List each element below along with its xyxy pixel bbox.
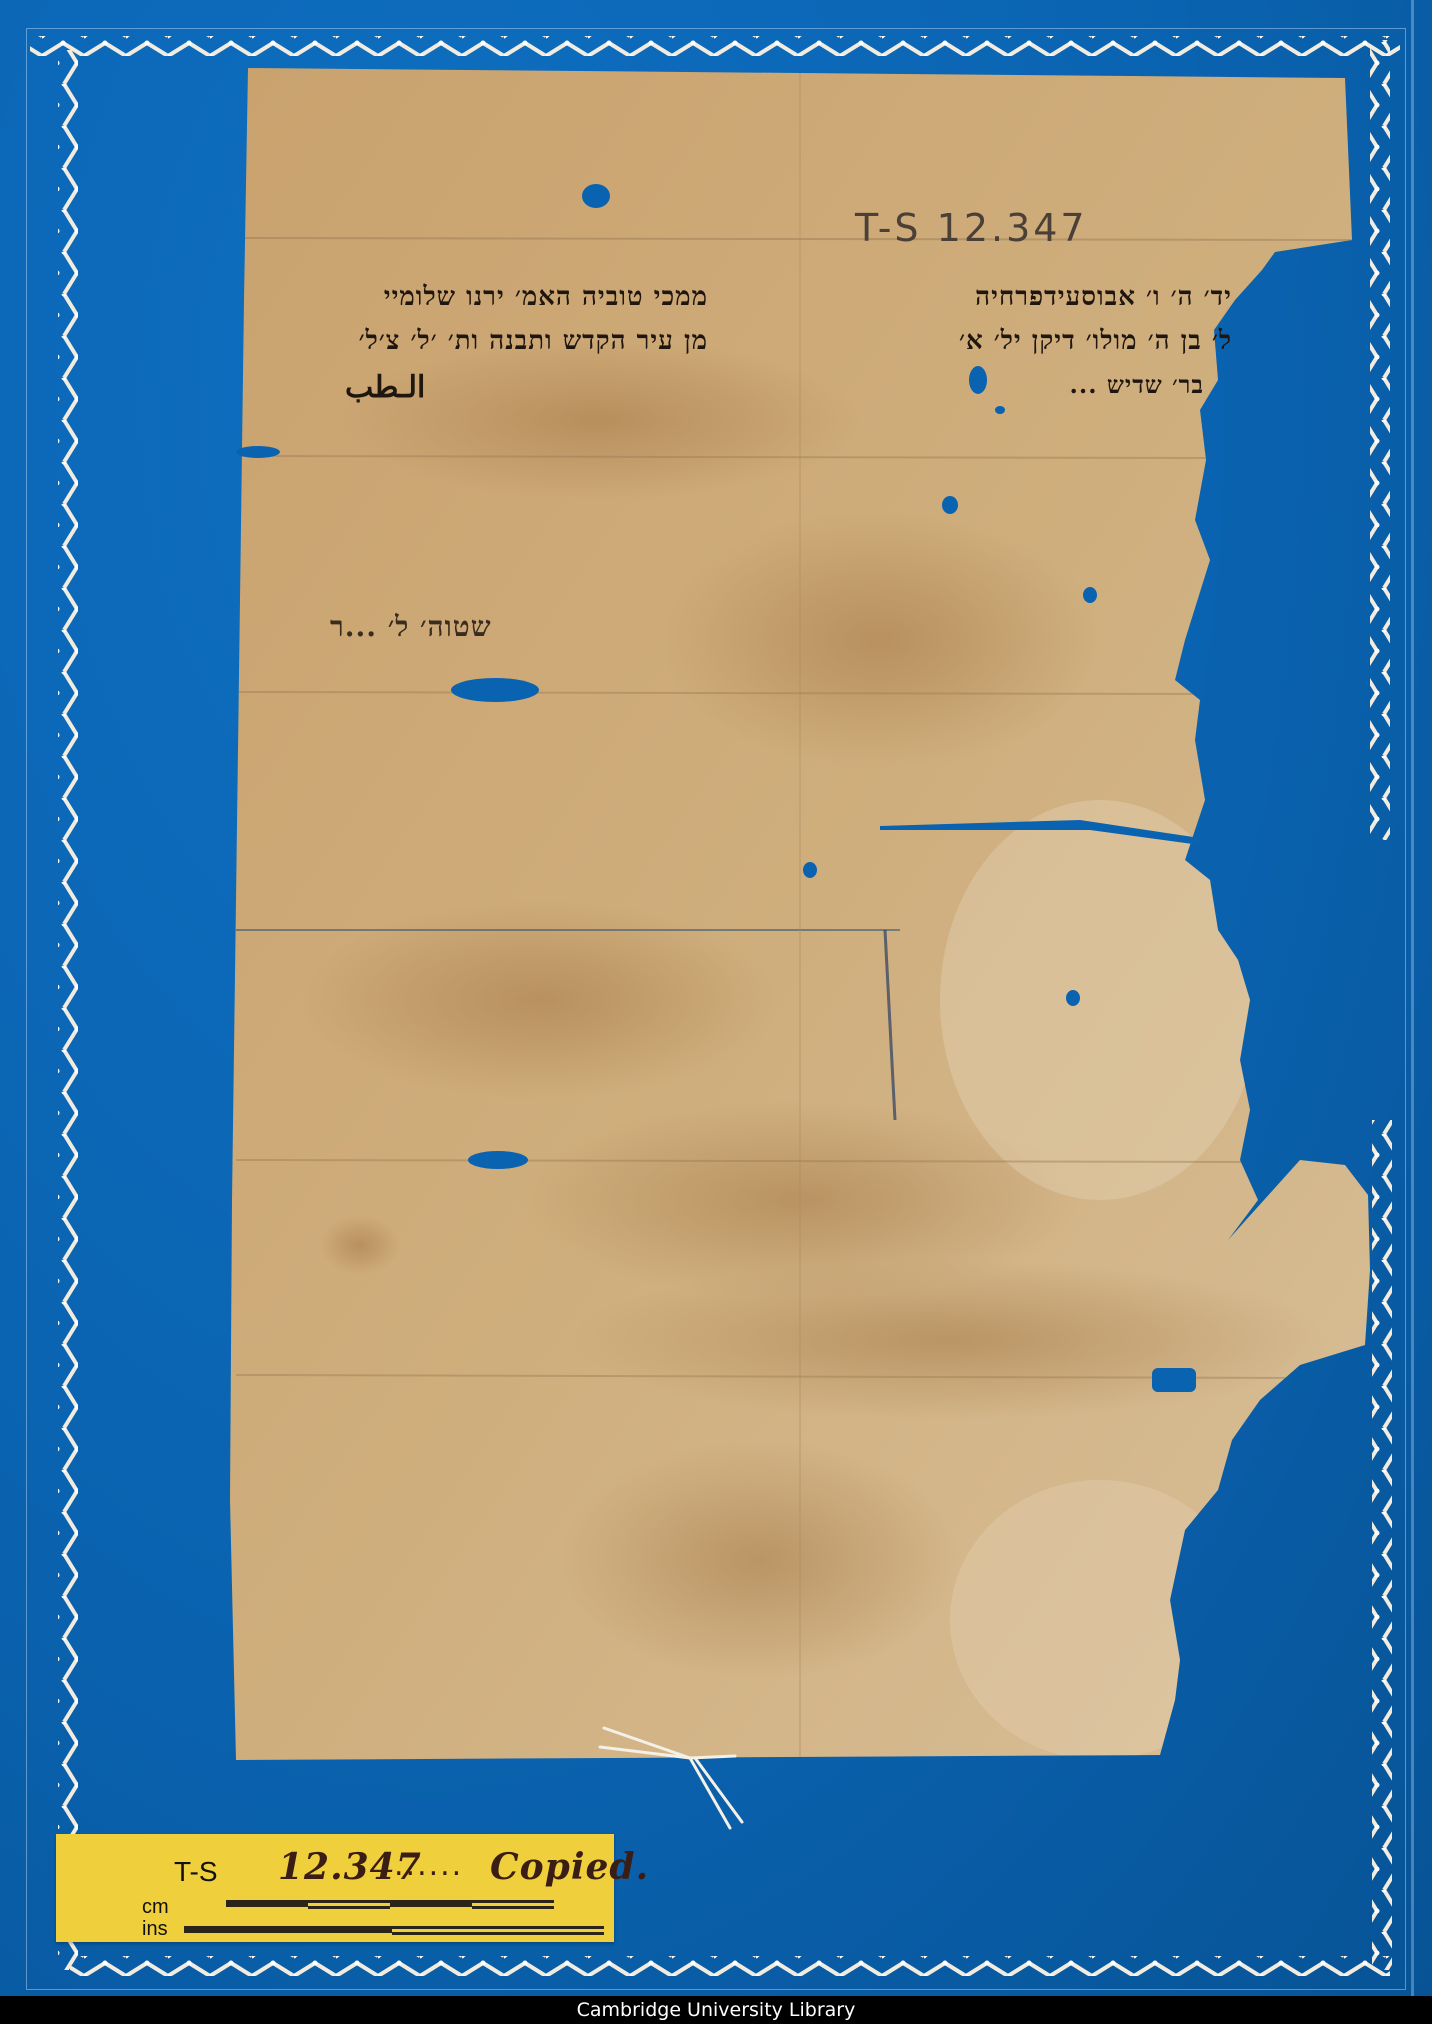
scale-ins-label: ins [142, 1918, 168, 1941]
shelfmark-label: T-S 12.347 ...... Copied. cm ins [56, 1834, 614, 1942]
credit-text: Cambridge University Library [0, 1996, 1432, 2024]
arabic-note: الـطب [345, 370, 425, 405]
hebrew-left-line-2: מן עיר הקדש ותבנה ות׳ ׳ל׳ צ׳ל׳ [359, 326, 708, 356]
label-prefix: T-S [174, 1856, 218, 1888]
hole [582, 184, 610, 208]
hebrew-left-line-1: ממכי טוביה האמ׳ ירנו שלומיי [384, 282, 708, 312]
credit-footer: Cambridge University Library [0, 1996, 1432, 2024]
scale-cm-label: cm [142, 1896, 169, 1919]
hebrew-middle-note: שטוה׳ ל׳ ...ר [330, 610, 492, 644]
pencil-shelfmark: T-S 12.347 [855, 206, 1088, 250]
hebrew-right-line-3: בר׳ שדיש ... [1070, 370, 1205, 400]
label-dots: ...... [394, 1848, 463, 1883]
hebrew-right-line-2: ל׳ בן ה׳ מולו׳ דיקן יל׳ א׳ [959, 326, 1232, 356]
hebrew-right-line-1: יד׳ ה׳ ו׳ אבוסעידפרחיה [975, 282, 1232, 312]
label-note: Copied. [490, 1846, 649, 1888]
